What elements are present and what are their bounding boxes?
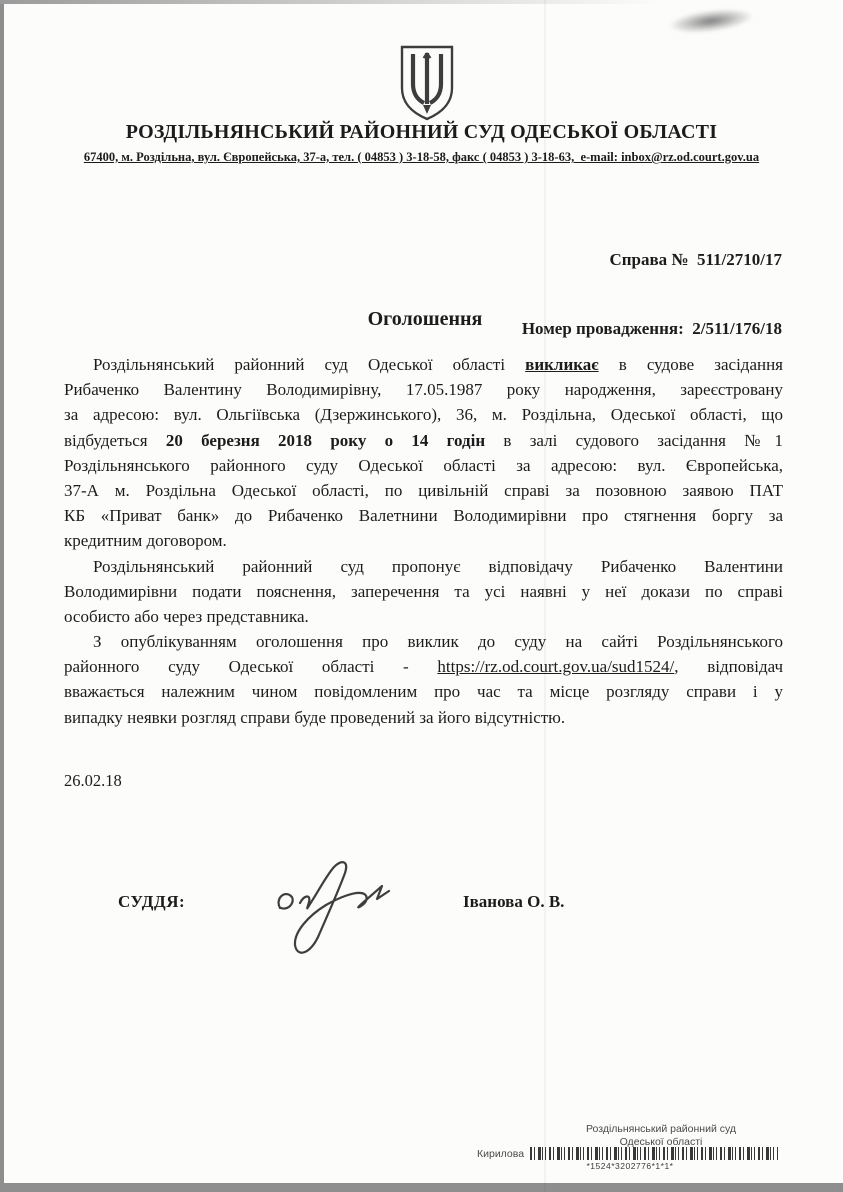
body-line: КБ «Приват банк» до Рибаченко Валетнини …	[64, 503, 783, 528]
scan-edge-bottom	[0, 1183, 843, 1192]
scan-smudge-artifact	[667, 5, 755, 37]
footer-operator-name: Кирилова	[477, 1148, 524, 1160]
judge-name: Іванова О. В.	[463, 892, 564, 912]
body-line: відбудеться 20 березня 2018 року о 14 го…	[64, 428, 783, 453]
scan-edge-left	[0, 0, 4, 1192]
body-line: З опублікуванням оголошення про виклик д…	[64, 629, 783, 654]
document-title: Оголошення	[0, 308, 843, 331]
ukraine-trident-emblem-icon	[396, 44, 458, 122]
body-text: відбудеться	[64, 431, 166, 450]
judge-label: СУДДЯ:	[118, 892, 185, 912]
document-body: Роздільнянський районний суд Одеської об…	[64, 352, 783, 730]
body-line: Роздільнянського районного суду Одеської…	[64, 453, 783, 478]
court-website-link: https://rz.od.court.gov.ua/sud1524/	[437, 657, 674, 676]
footer-court-name-line1: Роздільнянський районний суд	[521, 1123, 801, 1135]
summons-emphasis: викликає	[525, 355, 599, 374]
body-line: Роздільнянський районний суд пропонує ві…	[64, 554, 783, 579]
body-line: за адресою: вул. Ольгіївська (Дзержинськ…	[64, 402, 783, 427]
body-text: в судове засідання	[599, 355, 783, 374]
body-line: особисто або через представника.	[64, 604, 783, 629]
document-date: 26.02.18	[64, 771, 122, 791]
body-line: районного суду Одеської області - https:…	[64, 654, 783, 679]
court-name-heading: РОЗДІЛЬНЯНСЬКИЙ РАЙОННИЙ СУД ОДЕСЬКОЇ ОБ…	[0, 121, 843, 144]
body-line: кредитним договором.	[64, 528, 783, 553]
court-address-line: 67400, м. Роздільна, вул. Європейська, 3…	[0, 150, 843, 165]
case-number-row: Справа № 511/2710/17	[522, 248, 782, 271]
scanned-court-document: РОЗДІЛЬНЯНСЬКИЙ РАЙОННИЙ СУД ОДЕСЬКОЇ ОБ…	[0, 0, 843, 1192]
body-line: вважається належним чином повідомленим п…	[64, 679, 783, 704]
handwritten-signature-icon	[268, 852, 418, 960]
body-text: в залі судового засідання №1	[485, 431, 783, 450]
scan-edge-top	[0, 0, 660, 4]
body-text: районного суду Одеської області -	[64, 657, 437, 676]
body-text: Роздільнянський районний суд Одеської об…	[93, 355, 525, 374]
body-line: Роздільнянський районний суд Одеської об…	[64, 352, 783, 377]
body-line: випадку неявки розгляд справи буде прове…	[64, 705, 783, 730]
hearing-datetime: 20 березня 2018 року о 14 годін	[166, 431, 485, 450]
body-line: Володимирівни подати пояснення, заперече…	[64, 579, 783, 604]
barcode-number: *1524*3202776*1*1*	[530, 1161, 730, 1171]
body-line: Рибаченко Валентину Володимирівну, 17.05…	[64, 377, 783, 402]
body-line: 37-А м. Роздільна Одеської області, по ц…	[64, 478, 783, 503]
barcode-icon	[530, 1147, 778, 1160]
body-text: , відповідач	[674, 657, 783, 676]
